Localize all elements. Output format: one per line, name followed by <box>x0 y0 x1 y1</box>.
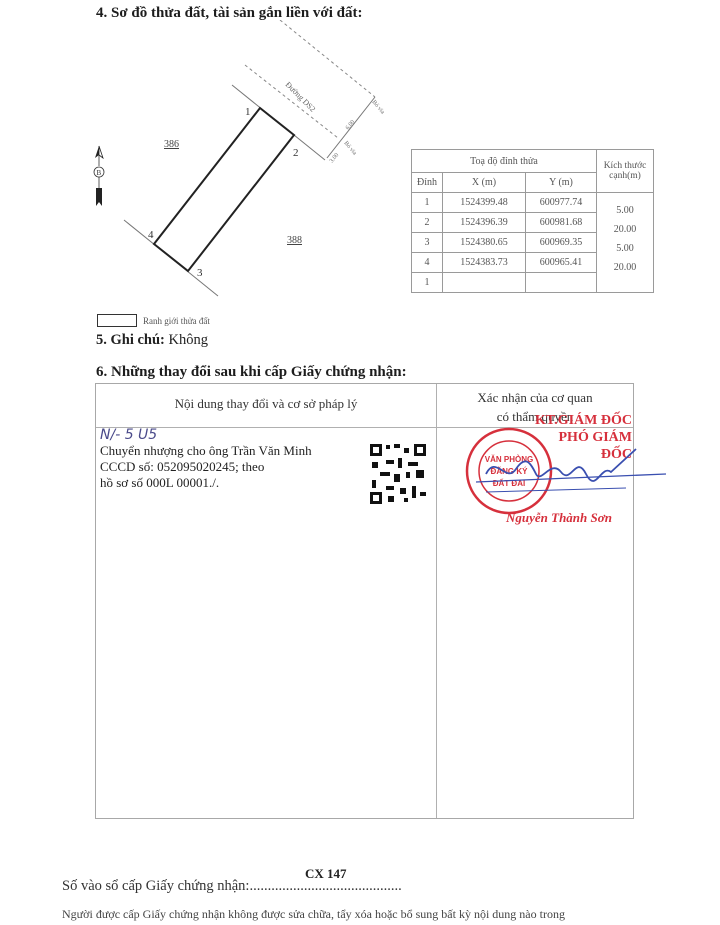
col-vertex: Đỉnh <box>412 173 443 193</box>
vertex-1: 1 <box>245 106 251 118</box>
vertex-3: 3 <box>197 267 203 279</box>
notes-label: 5. Ghi chú: <box>96 332 165 348</box>
handwritten-note: N/- 5 U5 <box>100 427 430 443</box>
vertex-4: 4 <box>148 229 154 241</box>
edge-length-header: Kích thước cạnh(m) <box>597 150 654 193</box>
vertex-coordinate-table: Toạ độ đỉnh thửa Kích thước cạnh(m) Đỉnh… <box>411 149 654 293</box>
table-row: 1 1524399.48 600977.74 5.00 20.00 5.00 2… <box>412 193 654 213</box>
registry-label: Số vào sổ cấp Giấy chứng nhận: <box>62 878 249 894</box>
notes-value: Không <box>169 332 208 348</box>
boundary-legend-swatch <box>97 314 137 327</box>
svg-text:B: B <box>97 169 102 177</box>
col-x: X (m) <box>443 173 526 193</box>
footer-note: Người được cấp Giấy chứng nhận không đượ… <box>62 907 565 922</box>
registry-number: CX 147 <box>305 866 347 882</box>
signature-icon <box>476 444 666 504</box>
legend: Ranh giới thửa đất <box>97 314 210 327</box>
qr-code-icon <box>368 442 428 506</box>
changes-table: Nội dung thay đổi và cơ sở pháp lý Xác n… <box>95 383 634 819</box>
curb-label: Bó vỉa <box>342 140 357 156</box>
section-5-notes: 5. Ghi chú: Không <box>96 332 208 349</box>
road-label: Đường DS2 <box>284 80 318 114</box>
legend-label: Ranh giới thửa đất <box>143 316 210 326</box>
land-plot-diagram: Đường DS2 Bó vỉa 6.00 Bó vỉa 3.00 1 2 3 … <box>80 20 410 310</box>
section-6-title: 6. Những thay đổi sau khi cấp Giấy chứng… <box>96 364 407 381</box>
signer-name: Nguyễn Thành Sơn <box>506 510 612 526</box>
registry-line: Số vào sổ cấp Giấy chứng nhận:..........… <box>62 878 402 895</box>
road-width: 6.00 <box>345 119 356 131</box>
neighbor-parcel-388: 388 <box>287 235 302 246</box>
coord-group-header: Toạ độ đỉnh thửa <box>412 150 597 173</box>
col-y: Y (m) <box>526 173 597 193</box>
vertex-2: 2 <box>293 147 299 159</box>
curb-label: Bó vỉa <box>370 99 385 115</box>
edge-lengths: 5.00 20.00 5.00 20.00 <box>597 193 654 293</box>
neighbor-parcel-386: 386 <box>164 139 179 150</box>
north-arrow-icon: B <box>94 146 104 206</box>
changes-content-header: Nội dung thay đổi và cơ sở pháp lý <box>96 396 436 412</box>
